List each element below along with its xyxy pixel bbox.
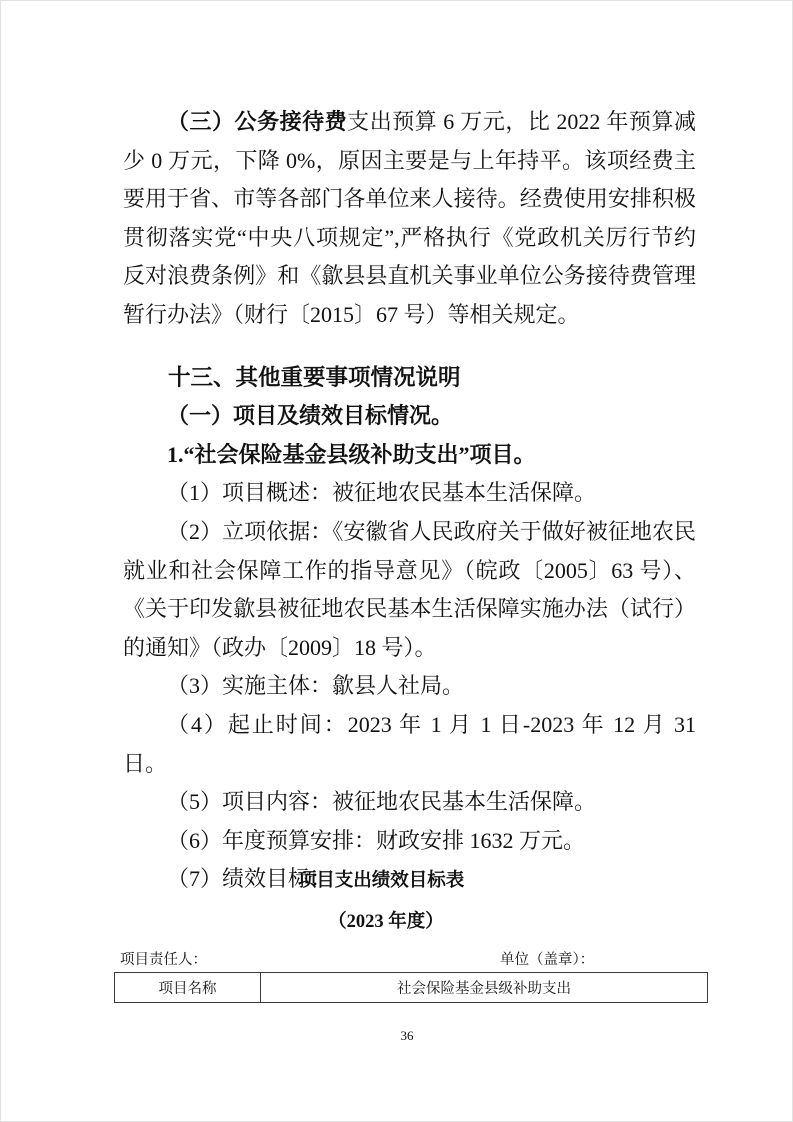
- para-reception-body-text: 支出预算 6 万元，比 2022 年预算减少 0 万元，下降 0%，原因主要是与…: [123, 109, 696, 327]
- project-item-1: （1）项目概述：被征地农民基本生活保障。: [123, 474, 696, 513]
- performance-table-title: 项目支出绩效目标表: [1, 868, 761, 894]
- project-name-value-cell: 社会保险基金县级补助支出: [261, 973, 708, 1003]
- project-item-3: （3）实施主体：歙县人社局。: [123, 667, 696, 706]
- table-row: 项目名称 社会保险基金县级补助支出: [115, 973, 708, 1003]
- project-item-6: （6）年度预算安排：财政安排 1632 万元。: [123, 822, 696, 861]
- performance-table-year: （2023 年度）: [1, 909, 771, 935]
- document-page: （三）公务接待费支出预算 6 万元，比 2022 年预算减少 0 万元，下降 0…: [0, 0, 793, 1122]
- project-name-label-cell: 项目名称: [115, 973, 261, 1003]
- heading-subsection-1: （一）项目及绩效目标情况。: [123, 397, 696, 436]
- project-item-4: （4）起止时间：2023 年 1 月 1 日-2023 年 12 月 31 日。: [123, 706, 696, 783]
- para-reception-lead-bold: （三）公务接待费: [167, 109, 347, 134]
- heading-project-1: 1.“社会保险基金县级补助支出”项目。: [123, 436, 696, 475]
- project-item-2: （2）立项依据：《安徽省人民政府关于做好被征地农民就业和社会保障工作的指导意见》…: [123, 513, 696, 667]
- performance-table: 项目名称 社会保险基金县级补助支出: [114, 972, 708, 1003]
- heading-section-13: 十三、其他重要事项情况说明: [123, 359, 696, 398]
- document-body: （三）公务接待费支出预算 6 万元，比 2022 年预算减少 0 万元，下降 0…: [123, 103, 696, 899]
- unit-seal-label: 单位（盖章）：: [500, 950, 594, 970]
- responsible-person-label: 项目责任人：: [120, 950, 207, 970]
- para-official-reception-expense: （三）公务接待费支出预算 6 万元，比 2022 年预算减少 0 万元，下降 0…: [123, 103, 696, 335]
- project-item-5: （5）项目内容：被征地农民基本生活保障。: [123, 783, 696, 822]
- page-number: 36: [21, 1027, 793, 1045]
